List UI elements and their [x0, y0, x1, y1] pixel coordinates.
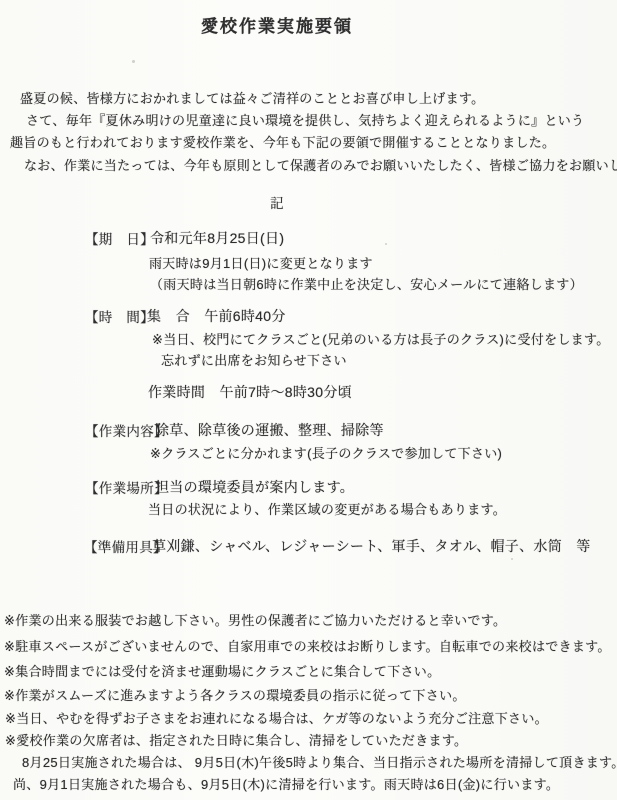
section-time-value: 集 合 午前6時40分 — [147, 306, 286, 326]
section-equipment-value: 草刈鎌、シャベル、レジャーシート、軍手、タオル、帽子、水筒 等 — [152, 536, 591, 556]
scan-speck — [132, 60, 135, 63]
intro-line: 盛夏の候、皆様方におかれましては益々ご清祥のこととお喜び申し上げます。 — [20, 88, 484, 107]
note-line: 尚、9月1日実施された場合も、9月5日(木)に清掃を行います。雨天時は6日(金)… — [13, 774, 559, 793]
scan-speck — [511, 558, 513, 560]
section-date-value: 令和元年8月25日(日) — [150, 228, 284, 248]
intro-line: さて、毎年『夏休み明けの児童達に良い環境を提供し、気持ちよく迎えられるように』と… — [26, 110, 584, 129]
document-page: 愛校作業実施要領 盛夏の候、皆様方におかれましては益々ご清祥のこととお喜び申し上… — [0, 0, 617, 800]
note-line: ※作業がスムーズに進みますよう各クラスの環境委員の指示に従って下さい。 — [4, 685, 466, 704]
section-place-value: 担当の環境委員が案内します。 — [155, 477, 354, 497]
section-place-note: 当日の状況により、作業区域の変更がある場合もあります。 — [148, 499, 506, 518]
intro-line: なお、作業に当たっては、今年も原則として保護者のみでお願いいたしたく、皆様ご協力… — [24, 155, 617, 174]
section-date-note: 雨天時は9月1日(日)に変更となります — [149, 253, 373, 272]
section-content-value: 除草、除草後の運搬、整理、掃除等 — [155, 420, 384, 440]
intro-line: 趣旨のもと行われております愛校作業を、今年も下記の要領で開催することとなりました… — [10, 132, 555, 151]
note-line: ※集合時間までには受付を済ませ運動場にクラスごとに集合して下さい。 — [4, 661, 440, 680]
note-line: ※当日、やむを得ずお子さまをお連れになる場合は、ケガ等のないよう充分ご注意下さい… — [5, 708, 548, 727]
section-time-worktime: 作業時間 午前7時～8時30分頃 — [148, 382, 352, 402]
page-title: 愛校作業実施要領 — [0, 12, 554, 37]
section-time-note: ※当日、校門にてクラスごと(兄弟のいる方は長子のクラス)に受付をします。 — [152, 329, 610, 348]
section-date-label: 【期 日】 — [85, 228, 154, 248]
scan-speck — [385, 243, 387, 245]
note-line: ※愛校作業の欠席者は、指定された日時に集合し、清掃をしていただきます。 — [5, 730, 467, 749]
section-time-label: 【時 間】 — [85, 306, 154, 326]
section-date-note: （雨天時は当日朝6時に作業中止を決定し、安心メールにて連絡します） — [150, 274, 583, 293]
note-line: 8月25日実施された場合は、 9月5日(木)午後5時より集合、当日指示された場所… — [22, 752, 617, 771]
section-content-note: ※クラスごとに分かれます(長子のクラスで参加して下さい) — [150, 443, 502, 462]
note-line: ※駐車スペースがございませんので、自家用車での来校はお断りします。自転車での来校… — [4, 636, 611, 655]
section-time-note: 忘れずに出席をお知らせ下さい — [161, 350, 347, 369]
note-line: ※作業の出来る服装でお越し下さい。男性の保護者にご協力いただけると幸いです。 — [4, 610, 506, 629]
record-mark: 記 — [0, 192, 554, 212]
